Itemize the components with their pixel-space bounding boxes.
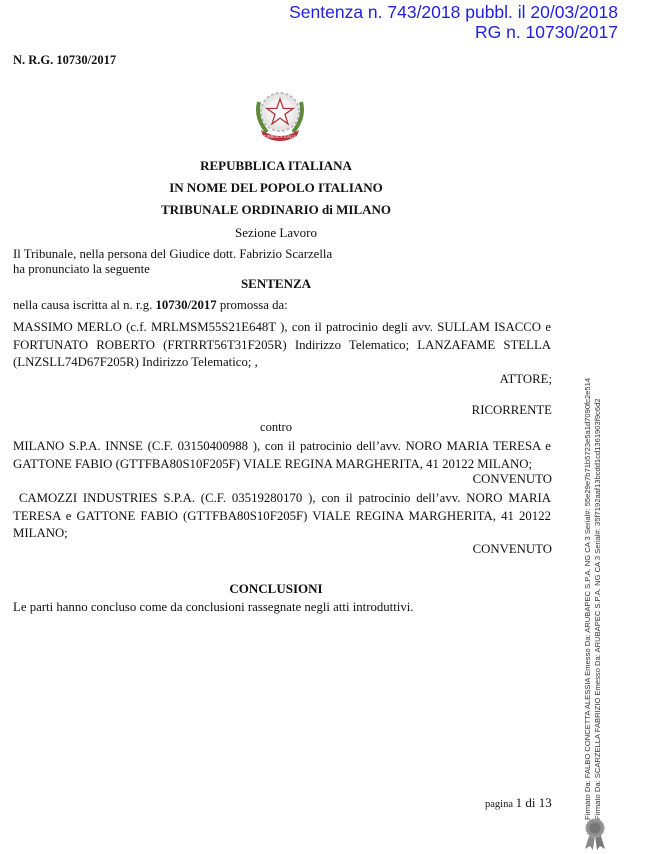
conclusioni-text: Le parti hanno concluso come da conclusi… (13, 599, 551, 617)
stamp-sentenza: Sentenza n. 743/2018 pubbl. il 20/03/201… (289, 2, 618, 22)
digital-signatures: Firmato Da: FALBO CONCETTA ALESSIA Emess… (583, 350, 603, 820)
title-tribunale: TRIBUNALE ORDINARIO di MILANO (0, 202, 552, 218)
attore-text: MASSIMO MERLO (c.f. MRLMSM55S21E648T ), … (13, 319, 551, 372)
convenuto1-text: MILANO S.P.A. INNSE (C.F. 03150400988 ),… (13, 438, 551, 473)
page-indicator: pagina 1 di 13 (485, 795, 552, 811)
attore-role: ATTORE; (500, 372, 552, 387)
convenuto2-text: CAMOZZI INDUSTRIES S.P.A. (C.F. 03519280… (13, 490, 551, 543)
causa-line: nella causa iscritta al n. r.g. 10730/20… (13, 297, 551, 315)
convenuto1-role: CONVENUTO (473, 472, 552, 487)
signature-scarzella: Firmato Da: SCARZELLA FABRIZIO Emesso Da… (593, 350, 603, 820)
sentenza-heading: SENTENZA (0, 276, 552, 292)
ricorrente-role: RICORRENTE (472, 403, 552, 418)
title-popolo: IN NOME DEL POPOLO ITALIANO (0, 180, 552, 196)
publication-stamp: Sentenza n. 743/2018 pubbl. il 20/03/201… (289, 2, 618, 42)
conclusioni-heading: CONCLUSIONI (0, 581, 552, 597)
svg-text:REPUBBLICA ITALIANA: REPUBBLICA ITALIANA (258, 134, 303, 139)
causa-number: 10730/2017 (156, 298, 217, 312)
contro-label: contro (0, 420, 552, 435)
title-repubblica: REPUBBLICA ITALIANA (0, 158, 552, 174)
nrg-number: N. R.G. 10730/2017 (13, 53, 116, 68)
convenuto2-role: CONVENUTO (473, 542, 552, 557)
stamp-rg: RG n. 10730/2017 (289, 22, 618, 42)
page-total: 13 (539, 795, 552, 810)
section-name: Sezione Lavoro (0, 225, 552, 241)
digital-signature-seal-icon (582, 817, 608, 851)
emblem-repubblica-italiana-icon: REPUBBLICA ITALIANA (247, 82, 313, 148)
signature-falbo: Firmato Da: FALBO CONCETTA ALESSIA Emess… (583, 350, 593, 820)
